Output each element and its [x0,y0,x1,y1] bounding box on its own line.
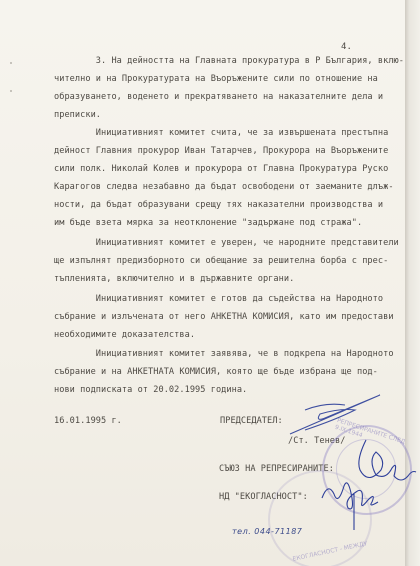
text-line: Инициативният комитет заявява, че в подк… [54,349,394,359]
text-line: нови подписката от 20.02.1995 година. [54,385,247,395]
text-line: им бъде взета мярка за неотклонение "зад… [54,218,362,228]
text-line: събрание и на АНКЕТНАТА КОМИСИЯ, която щ… [54,367,378,377]
text-line: 3. На дейността на Главната прокуратура … [54,56,404,66]
text-line: Инициативният комитет счита, че за извър… [54,128,388,138]
text-line: събрание и излъчената от него АНКЕТНА КО… [54,312,394,322]
scan-speck [10,62,12,64]
text-line: ности, да бъдат образувани срещу тях нак… [54,200,383,210]
text-line: Карагогов следва незабавно да бъдат осво… [54,182,394,192]
text-line: чително и на Прокуратурата на Въоръженит… [54,74,378,84]
text-line: необходимите доказателства. [54,330,195,340]
ecoglasnost-signature [318,472,388,532]
chairman-label: ПРЕДСЕДАТЕЛ: [220,416,283,426]
text-line: дейност Главния прокурор Иван Татарчев, … [54,146,388,156]
text-line: сили полк. Николай Колев и прокурора от … [54,164,388,174]
text-line: ще изпълнят предизборното си обещание за… [54,256,388,266]
text-line: тъпленията, включително и в държавните о… [54,274,294,284]
scan-speck [10,90,12,92]
text-line: Инициативният комитет е готов да съдейст… [54,294,383,304]
text-line: образуването, воденето и прекратяването … [54,92,383,102]
document-date: 16.01.1995 г. [54,416,122,426]
page-number: 4. [341,42,352,52]
text-line: Инициативният комитет е уверен, че народ… [54,238,399,248]
text-line: преписки. [54,110,101,120]
